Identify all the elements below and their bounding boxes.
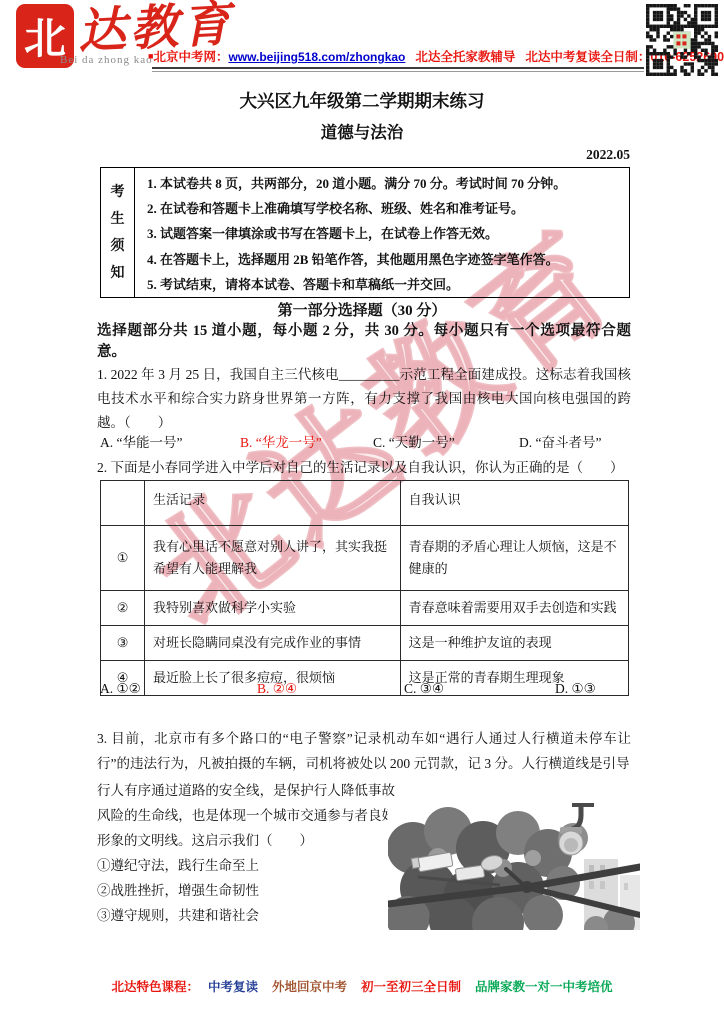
notice-box: 考生须知 1. 本试卷共 8 页，共两部分，20 道小题。满分 70 分。考试时… — [100, 167, 630, 298]
section-heading: 第一部分选择题（30 分） — [0, 299, 724, 320]
table-cell-record: 对班长隐瞒同桌没有完成作业的事情 — [145, 626, 401, 661]
table-header-row: 生活记录 自我认识 — [101, 481, 629, 526]
tagline-repeat-program: 北达中考复读全日制： — [525, 50, 650, 64]
notice-side-label: 考生须知 — [110, 179, 125, 287]
footer-course-4: 品牌家教一对一中考培优 — [475, 980, 613, 994]
statement-1: ①遵纪守法，践行生命至上 — [97, 853, 395, 878]
footer-course-2: 外地回京中考 — [272, 980, 347, 994]
exam-page: 北达教育 北 达教育 Bei da zhong kao ■北京中考网：www.b… — [0, 0, 724, 1024]
exam-title: 大兴区九年级第二学期期末练习 — [0, 88, 724, 113]
header-divider — [152, 67, 644, 72]
question-2-text: 2. 下面是小春同学进入中学后对自己的生活记录以及自我认识，你认为正确的是（ ） — [97, 456, 631, 480]
notice-item: 3. 试题答案一律填涂或书写在答题卡上，在试卷上作答无效。 — [147, 221, 623, 246]
option-a: A. ①② — [100, 681, 257, 697]
option-b: B. “华龙一号” — [240, 431, 373, 451]
traffic-cameras-photo — [388, 803, 640, 930]
notice-item: 4. 在答题卡上，选择题用 2B 铅笔作答，其他题用黑色字迹签字笔作答。 — [147, 247, 623, 272]
option-c: C. “天勤一号” — [373, 431, 519, 451]
table-row: ② 我特别喜欢做科学小实验 青春意味着需要用双手去创造和实践 — [101, 591, 629, 626]
table-cell-record: 我特别喜欢做科学小实验 — [145, 591, 401, 626]
table-cell-num: ① — [101, 526, 145, 591]
question-1-options: A. “华能一号” B. “华龙一号” C. “天勤一号” D. “奋斗者号” — [100, 431, 630, 451]
footer: 北达特色课程：中考复读外地回京中考初一至初三全日制品牌家教一对一中考培优 — [0, 977, 724, 995]
q2-table: 生活记录 自我认识 ① 我有心里话不愿意对别人讲了，其实我挺希望有人能理解我 青… — [100, 480, 629, 696]
table-cell-num: ③ — [101, 626, 145, 661]
option-c: C. ③④ — [404, 681, 555, 697]
table-cell-cognition: 青春期的矛盾心理让人烦恼，这是不健康的 — [400, 526, 628, 591]
question-2-options: A. ①② B. ②④ C. ③④ D. ①③ — [100, 681, 630, 697]
question-3-text: 3. 目前，北京市有多个路口的“电子警察”记录机动车如“遇行人通过人行横道未停车… — [97, 726, 631, 776]
statement-3: ③遵守规则，共建和谐社会 — [97, 903, 395, 928]
notice-item: 1. 本试卷共 8 页，共两部分，20 道小题。满分 70 分。考试时间 70 … — [147, 171, 623, 196]
table-row: ③ 对班长隐瞒同桌没有完成作业的事情 这是一种维护友谊的表现 — [101, 626, 629, 661]
option-a: A. “华能一号” — [100, 431, 240, 451]
table-header-cell: 生活记录 — [145, 481, 401, 526]
notice-item: 2. 在试卷和答题卡上准确填写学校名称、班级、姓名和准考证号。 — [147, 196, 623, 221]
logo-subtitle: Bei da zhong kao — [60, 54, 153, 66]
section-intro: 选择题部分共 15 道小题，每小题 2 分，共 30 分。每小题只有一个选项最符… — [97, 321, 631, 363]
site-label: 北京中考网： — [153, 50, 228, 64]
header-info: ■北京中考网：www.beijing518.com/zhongkao北达全托家教… — [148, 47, 648, 65]
statement-2: ②战胜挫折，增强生命韧性 — [97, 878, 395, 903]
question-3-text-continued: 行人有序通过道路的安全线，是保护行人降低事故风险的生命线，也是体现一个城市交通参… — [97, 778, 395, 928]
question-1-text: 1. 2022 年 3 月 25 日，我国自主三代核电_________示范工程… — [97, 363, 631, 435]
notice-side: 考生须知 — [101, 168, 135, 297]
exam-subject: 道德与法治 — [0, 119, 724, 143]
footer-course-3: 初一至初三全日制 — [361, 980, 461, 994]
table-cell-record: 我有心里话不愿意对别人讲了，其实我挺希望有人能理解我 — [145, 526, 401, 591]
option-d: D. ①③ — [555, 681, 630, 697]
table-row: ① 我有心里话不愿意对别人讲了，其实我挺希望有人能理解我 青春期的矛盾心理让人烦… — [101, 526, 629, 591]
notice-items: 1. 本试卷共 8 页，共两部分，20 道小题。满分 70 分。考试时间 70 … — [135, 168, 629, 297]
site-link[interactable]: www.beijing518.com/zhongkao — [228, 50, 405, 64]
table-header-cell — [101, 481, 145, 526]
qr-code-icon — [646, 4, 718, 76]
option-b: B. ②④ — [257, 681, 404, 697]
table-cell-cognition: 这是一种维护友谊的表现 — [400, 626, 628, 661]
exam-date: 2022.05 — [0, 147, 630, 163]
question-3: 3. 目前，北京市有多个路口的“电子警察”记录机动车如“遇行人通过人行横道未停车… — [97, 726, 631, 941]
footer-course-1: 中考复读 — [208, 980, 258, 994]
table-header-cell: 自我认识 — [400, 481, 628, 526]
pole-junction — [521, 881, 533, 893]
tagline-fulltime-tutoring: 北达全托家教辅导 — [415, 50, 515, 64]
footer-label: 北达特色课程： — [111, 980, 199, 994]
table-cell-num: ② — [101, 591, 145, 626]
notice-item: 5. 考试结束，请将本试卷、答题卡和草稿纸一并交回。 — [147, 272, 623, 297]
table-cell-cognition: 青春意味着需要用双手去创造和实践 — [400, 591, 628, 626]
option-d: D. “奋斗者号” — [519, 431, 630, 451]
